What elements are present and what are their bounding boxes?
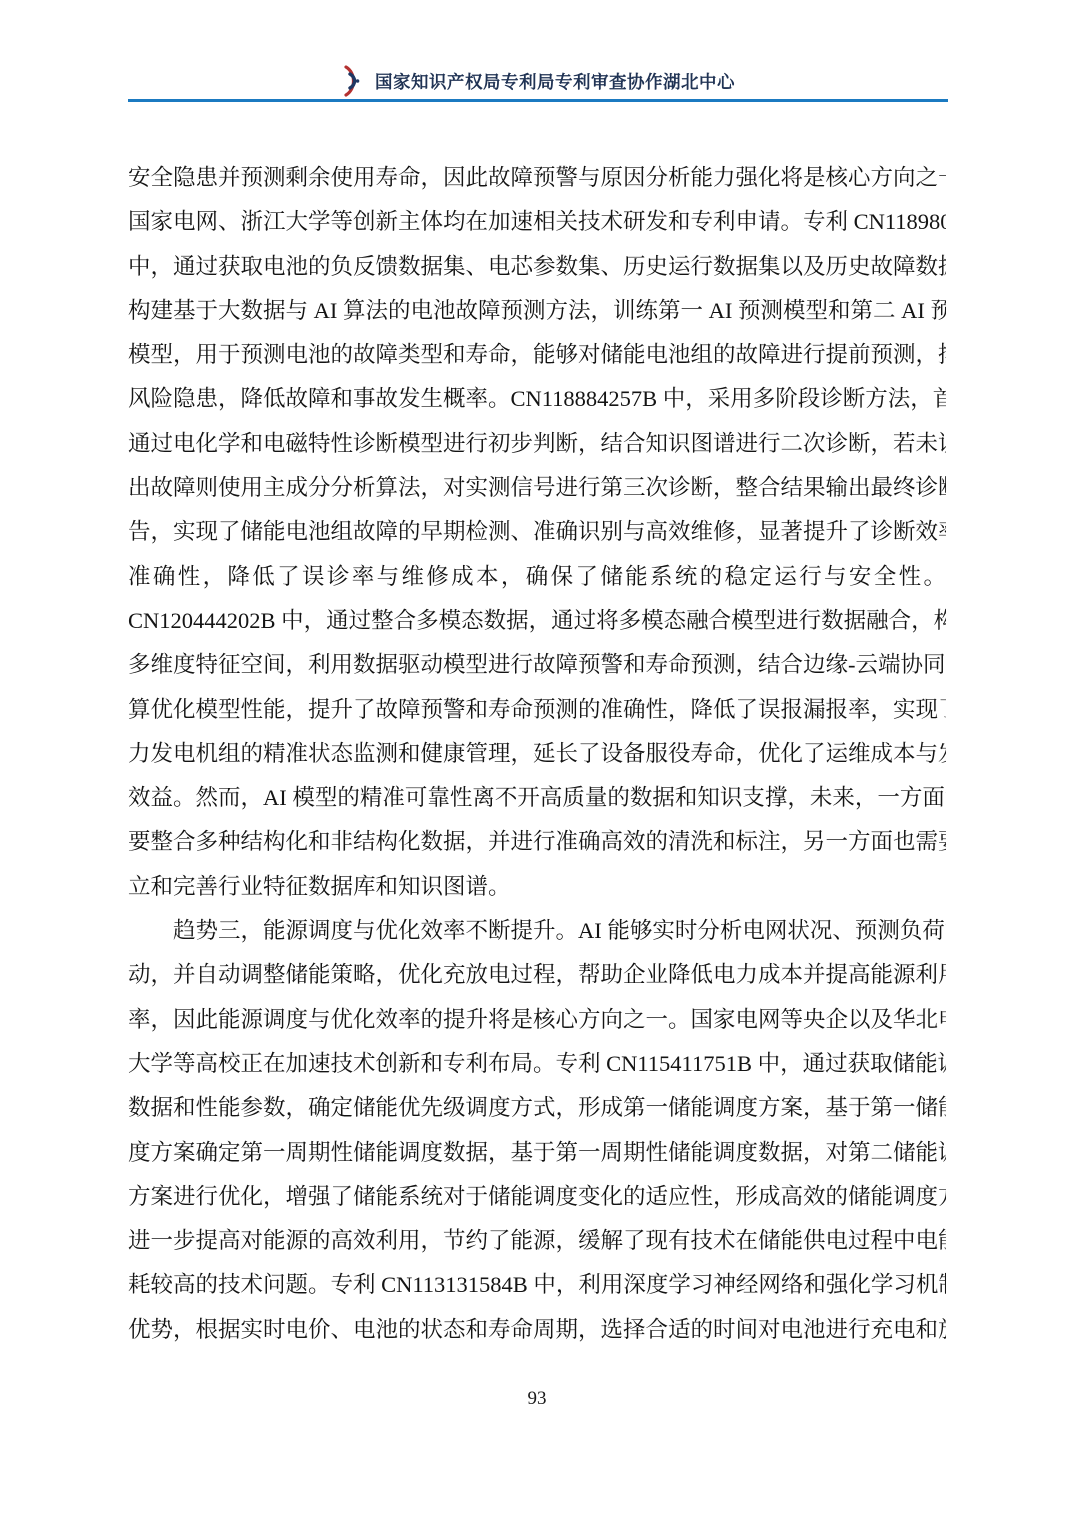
text-line: 安全隐患并预测剩余使用寿命，因此故障预警与原因分析能力强化将是核心方向之一。 xyxy=(128,156,946,200)
text-line: 方案进行优化，增强了储能系统对于储能调度变化的适应性，形成高效的储能调度方案， xyxy=(128,1175,946,1219)
text-line: 力发电机组的精准状态监测和健康管理，延长了设备服役寿命，优化了运维成本与发电 xyxy=(128,732,946,776)
text-line: 立和完善行业特征数据库和知识图谱。 xyxy=(128,865,946,909)
paragraph: 趋势三，能源调度与优化效率不断提升。AI 能够实时分析电网状况、预测负荷波动，并… xyxy=(128,909,946,1352)
cnipa-logo-icon xyxy=(339,64,363,98)
page-footer: 93 xyxy=(0,1388,1074,1410)
text-line: 动，并自动调整储能策略，优化充放电过程，帮助企业降低电力成本并提高能源利用效 xyxy=(128,953,946,997)
text-line: 优势，根据实时电价、电池的状态和寿命周期，选择合适的时间对电池进行充电和放电， xyxy=(128,1308,946,1352)
text-line: 效益。然而，AI 模型的精准可靠性离不开高质量的数据和知识支撑，未来，一方面需 xyxy=(128,776,946,820)
header-rule xyxy=(128,99,948,102)
text-line: 中，通过获取电池的负反馈数据集、电芯参数集、历史运行数据集以及历史故障数据， xyxy=(128,245,946,289)
text-line: 耗较高的技术问题。专利 CN113131584B 中，利用深度学习神经网络和强化… xyxy=(128,1263,946,1307)
text-line: 出故障则使用主成分分析算法，对实测信号进行第三次诊断，整合结果输出最终诊断报 xyxy=(128,466,946,510)
header-title: 国家知识产权局专利局专利审查协作湖北中心 xyxy=(375,69,735,94)
text-line: 通过电化学和电磁特性诊断模型进行初步判断，结合知识图谱进行二次诊断，若未识别 xyxy=(128,422,946,466)
document-body: 安全隐患并预测剩余使用寿命，因此故障预警与原因分析能力强化将是核心方向之一。国家… xyxy=(128,156,946,1352)
header-inner: 国家知识产权局专利局专利审查协作湖北中心 xyxy=(0,64,1074,98)
text-line: 数据和性能参数，确定储能优先级调度方式，形成第一储能调度方案，基于第一储能调 xyxy=(128,1086,946,1130)
text-line: 度方案确定第一周期性储能调度数据，基于第一周期性储能调度数据，对第二储能调度 xyxy=(128,1131,946,1175)
text-line: 构建基于大数据与 AI 算法的电池故障预测方法，训练第一 AI 预测模型和第二 … xyxy=(128,289,946,333)
text-line: 风险隐患，降低故障和事故发生概率。CN118884257B 中，采用多阶段诊断方… xyxy=(128,377,946,421)
paragraph: 安全隐患并预测剩余使用寿命，因此故障预警与原因分析能力强化将是核心方向之一。国家… xyxy=(128,156,946,909)
text-line: 进一步提高对能源的高效利用，节约了能源，缓解了现有技术在储能供电过程中电能损 xyxy=(128,1219,946,1263)
text-line: 国家电网、浙江大学等创新主体均在加速相关技术研发和专利申请。专利 CN11898… xyxy=(128,200,946,244)
text-line: 算优化模型性能，提升了故障预警和寿命预测的准确性，降低了误报漏报率，实现了风 xyxy=(128,688,946,732)
text-line: 大学等高校正在加速技术创新和专利布局。专利 CN115411751B 中，通过获… xyxy=(128,1042,946,1086)
text-line: CN120444202B 中，通过整合多模态数据，通过将多模态融合模型进行数据融… xyxy=(128,599,946,643)
text-line: 准确性，降低了误诊率与维修成本，确保了储能系统的稳定运行与安全性。 xyxy=(128,555,946,599)
text-line: 多维度特征空间，利用数据驱动模型进行故障预警和寿命预测，结合边缘-云端协同计 xyxy=(128,643,946,687)
text-line: 要整合多种结构化和非结构化数据，并进行准确高效的清洗和标注，另一方面也需要建 xyxy=(128,820,946,864)
page-number: 93 xyxy=(528,1388,547,1409)
document-page: 国家知识产权局专利局专利审查协作湖北中心 安全隐患并预测剩余使用寿命，因此故障预… xyxy=(0,0,1074,1520)
text-line: 模型，用于预测电池的故障类型和寿命，能够对储能电池组的故障进行提前预测，排除 xyxy=(128,333,946,377)
text-line: 趋势三，能源调度与优化效率不断提升。AI 能够实时分析电网状况、预测负荷波 xyxy=(128,909,946,953)
text-line: 告，实现了储能电池组故障的早期检测、准确识别与高效维修，显著提升了诊断效率与 xyxy=(128,510,946,554)
text-line: 率，因此能源调度与优化效率的提升将是核心方向之一。国家电网等央企以及华北电力 xyxy=(128,998,946,1042)
